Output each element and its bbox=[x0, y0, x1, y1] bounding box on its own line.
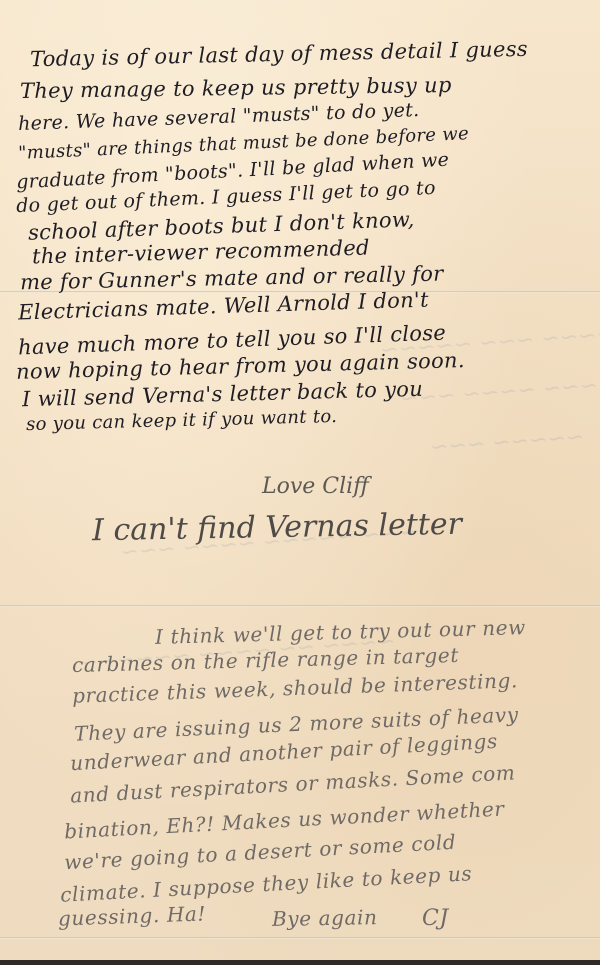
pencil-line: I think we'll get to try out our new bbox=[155, 615, 526, 649]
sign-off-initials: CJ bbox=[422, 906, 449, 931]
scan-edge bbox=[0, 960, 600, 965]
fold-crease bbox=[0, 937, 600, 939]
closing-signature: Love Cliff bbox=[262, 474, 369, 499]
letter-page: ~~~~ ~~~ ~~~~~ ~~~ ~~~~ ~~~ ~~~~~ ~~~ ~~… bbox=[0, 0, 600, 960]
ink-line: Today is of our last day of mess detail … bbox=[30, 37, 528, 71]
sign-off: Bye again bbox=[272, 905, 378, 931]
ink-line: so you can keep it if you want to. bbox=[26, 406, 338, 435]
reverse-side-bleed: ~~~ ~~~~ ~~~ bbox=[399, 373, 599, 412]
pencil-line: guessing. Ha! bbox=[58, 901, 207, 930]
postscript-note: I can't find Vernas letter bbox=[92, 507, 463, 548]
reverse-side-bleed: ~~~~~ ~~~ bbox=[429, 425, 585, 461]
fold-crease bbox=[0, 605, 600, 607]
ink-line: They manage to keep us pretty busy up bbox=[20, 73, 452, 103]
